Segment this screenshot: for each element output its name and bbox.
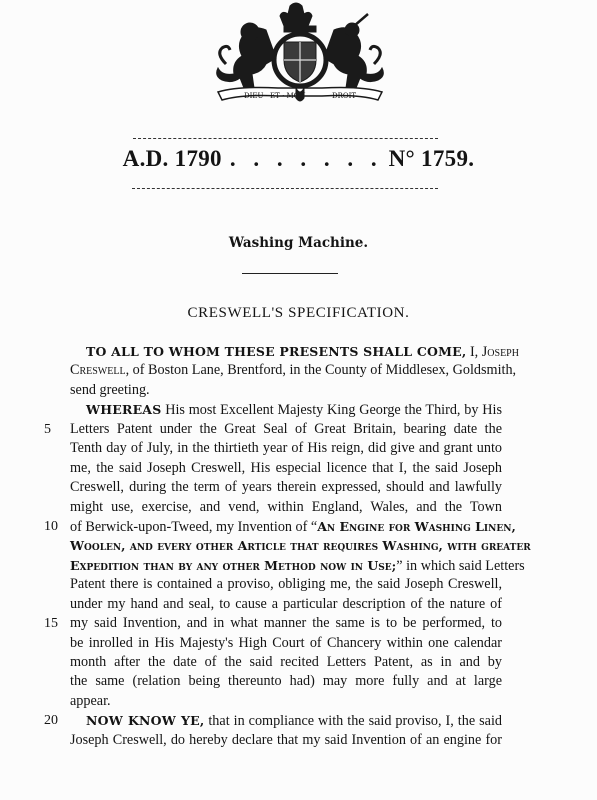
text-line: Woolen, and every other Article that req… <box>70 536 502 555</box>
document-subtitle: CRESWELL'S SPECIFICATION. <box>0 305 597 322</box>
document-body: TO ALL TO WHOM THESE PRESENTS SHALL COME… <box>70 342 502 750</box>
emphasis-text: Woolen, and every other Article that req… <box>70 538 531 553</box>
emphasis-text: Creswell <box>70 362 126 378</box>
title-rule <box>242 273 338 274</box>
year-label: A.D. 1790 <box>123 146 222 171</box>
emphasis-text: Expedition than by any other Method now … <box>70 558 396 573</box>
text-line: month after the date of the said recited… <box>70 653 502 672</box>
line-number: 5 <box>44 420 64 439</box>
text-line: the same (relation being thereunto had) … <box>70 672 502 691</box>
body-text: me, the said Joseph Creswell, His especi… <box>70 460 502 476</box>
body-text: Tenth day of July, in the thirtieth year… <box>70 440 502 456</box>
text-line: WHEREAS His most Excellent Majesty King … <box>70 400 502 419</box>
emphasis-text: An Engine for Washing Linen, <box>317 519 516 534</box>
text-line: Joseph Creswell, do hereby declare that … <box>70 731 502 750</box>
text-line: Expedition than by any other Method now … <box>70 556 502 575</box>
emphasis-text: TO ALL TO WHOM THESE PRESENTS SHALL COME… <box>86 344 466 359</box>
text-line: me, the said Joseph Creswell, His especi… <box>70 459 502 478</box>
body-text: Creswell, during the term of years there… <box>70 479 502 495</box>
body-text: my said Invention, and in what manner th… <box>70 615 502 631</box>
text-line: 15my said Invention, and in what manner … <box>70 614 502 633</box>
leader-dots: . . . . . . . <box>230 146 383 171</box>
body-text: Patent there is contained a proviso, obl… <box>70 576 502 592</box>
patent-number-line: A.D. 1790. . . . . . .N° 1759. <box>0 146 597 172</box>
body-text: the same (relation being thereunto had) … <box>70 673 502 689</box>
text-line: appear. <box>70 692 502 711</box>
text-line: TO ALL TO WHOM THESE PRESENTS SHALL COME… <box>70 342 502 361</box>
text-line: 10of Berwick-upon-Tweed, my Invention of… <box>70 517 502 536</box>
text-line: 20NOW KNOW YE, that in compliance with t… <box>70 711 502 730</box>
emphasis-text: NOW KNOW YE, <box>86 713 204 728</box>
text-line: might use, exercise, and vend, within En… <box>70 498 502 517</box>
text-line: 5Letters Patent under the Great Seal of … <box>70 420 502 439</box>
emphasis-text: WHEREAS <box>86 402 161 417</box>
body-text: ” in which said Letters <box>396 558 524 574</box>
body-text: Joseph Creswell, do hereby declare that … <box>70 732 502 748</box>
royal-coat-of-arms-icon: DIEU · ET · MON DROIT <box>204 2 396 108</box>
body-text: that in compliance with the said proviso… <box>204 713 502 729</box>
line-number: 10 <box>44 517 64 536</box>
body-text: might use, exercise, and vend, within En… <box>70 499 502 515</box>
svg-text:DROIT: DROIT <box>332 92 356 100</box>
body-text: , of Boston Lane, Brentford, in the Coun… <box>126 362 517 378</box>
text-line: Creswell, of Boston Lane, Brentford, in … <box>70 361 502 380</box>
text-line: Patent there is contained a proviso, obl… <box>70 575 502 594</box>
body-text: be inrolled in His Majesty's High Court … <box>70 635 502 651</box>
body-text: of Berwick-upon-Tweed, my Invention of “ <box>70 519 317 535</box>
patent-number: N° 1759. <box>389 146 475 171</box>
emphasis-text: Joseph <box>482 344 519 360</box>
text-line: send greeting. <box>70 381 502 400</box>
document-page: DIEU · ET · MON DROIT A.D. 1790. . . . .… <box>0 0 597 800</box>
body-text: month after the date of the said recited… <box>70 654 502 670</box>
header-rule-bottom <box>132 188 438 189</box>
body-text: under my hand and seal, to cause a parti… <box>70 596 502 612</box>
text-line: be inrolled in His Majesty's High Court … <box>70 634 502 653</box>
body-text: send greeting. <box>70 382 150 398</box>
text-line: under my hand and seal, to cause a parti… <box>70 595 502 614</box>
header-rule-top <box>133 138 438 139</box>
line-number: 15 <box>44 614 64 633</box>
body-text: Letters Patent under the Great Seal of G… <box>70 421 502 437</box>
text-line: Tenth day of July, in the thirtieth year… <box>70 439 502 458</box>
document-title: Washing Machine. <box>0 235 597 251</box>
body-text: appear. <box>70 693 111 709</box>
body-text: His most Excellent Majesty King George t… <box>161 402 502 418</box>
text-line: Creswell, during the term of years there… <box>70 478 502 497</box>
body-text: I, <box>466 344 481 360</box>
line-number: 20 <box>44 711 64 730</box>
